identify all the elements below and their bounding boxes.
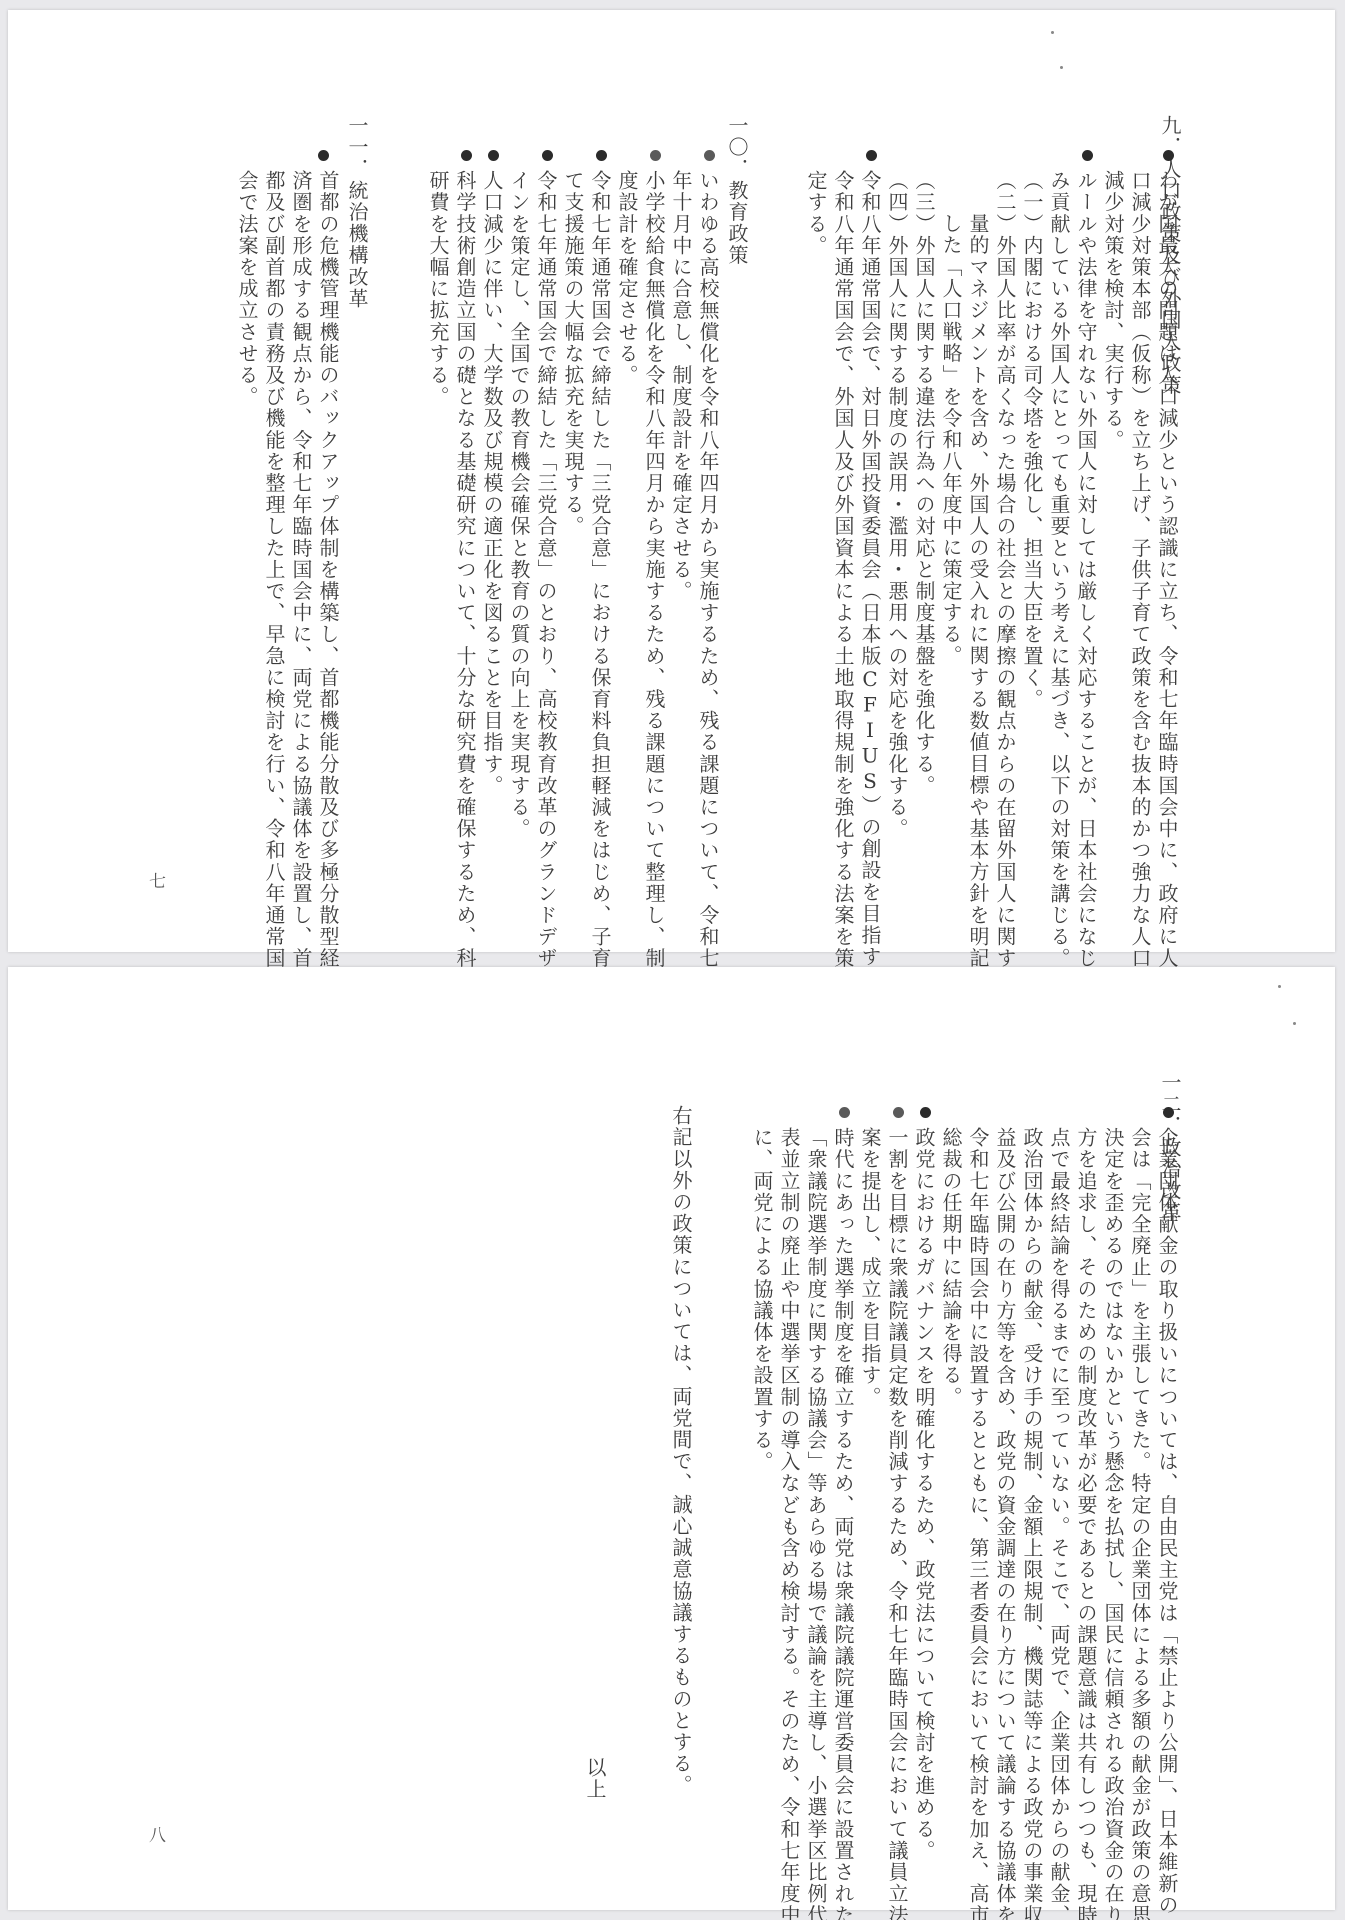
closing-mark: 以上	[583, 1757, 607, 1800]
text-line: 度設計を確定させる。	[615, 170, 639, 386]
bullet-icon	[704, 150, 715, 161]
text-line: 人口減少に伴い、大学数及び規模の適正化を図ることを目指す。	[480, 170, 504, 796]
text-line: 令和七年臨時国会中に設置するとともに、第三者委員会において検討を加え、高市	[966, 1127, 990, 1920]
text-line: 表並立制の廃止や中選挙区制の導入なども含め検討する。そのため、令和七年度中	[777, 1127, 801, 1920]
text-line: 済圏を形成する観点から、令和七年臨時国会中に、両党による協議体を設置し、首	[289, 170, 313, 969]
closing-statement: 右記以外の政策については、両党間で、誠心誠意協議するものとする。	[669, 1105, 693, 1796]
scan-speck	[1293, 1022, 1296, 1025]
bullet-icon	[542, 150, 553, 161]
text-line: 令和八年通常国会で、対日外国投資委員会（日本版CFIUS）の創設を目指す。また、	[858, 170, 882, 1054]
text-line: 都及び副首都の責務及び機能を整理した上で、早急に検討を行い、令和八年通常国	[262, 170, 286, 969]
bullet-icon	[893, 1107, 904, 1118]
text-line: ルールや法律を守れない外国人に対しては厳しく対応することが、日本社会になじ	[1074, 170, 1098, 969]
bullet-icon	[1163, 150, 1174, 161]
text-line: 政治団体からの献金、受け手の規制、金額上限規制、機関誌等による政党の事業収	[1020, 1127, 1044, 1920]
page-number: 八	[149, 1821, 166, 1846]
bullet-icon	[839, 1107, 850, 1118]
bullet-icon	[318, 150, 329, 161]
scan-speck	[1278, 985, 1281, 988]
bullet-icon	[1082, 150, 1093, 161]
page-number: 七	[149, 867, 166, 892]
text-line: 案を提出し、成立を目指す。	[858, 1127, 882, 1408]
bullet-icon	[650, 150, 661, 161]
bullet-icon	[461, 150, 472, 161]
text-line: いわゆる高校無償化を令和八年四月から実施するため、残る課題について、令和七	[696, 170, 720, 969]
text-line: 政党におけるガバナンスを明確化するため、政党法について検討を進める。	[912, 1127, 936, 1861]
text-line: インを策定し、全国での教育機会確保と教育の質の向上を実現する。	[507, 170, 531, 840]
document-page-8: 一二．政治改革 企業団体献金の取り扱いについては、自由民主党は「禁止より公開」、…	[8, 967, 1335, 1910]
text-line: 企業団体献金の取り扱いについては、自由民主党は「禁止より公開」、日本維新の	[1155, 1127, 1179, 1916]
text-line: 会は「完全廃止」を主張してきた。特定の企業団体による多額の献金が政策の意思	[1128, 1127, 1152, 1920]
text-line: 会で法案を成立させる。	[235, 170, 259, 408]
bullet-icon	[596, 150, 607, 161]
scan-speck	[1051, 31, 1054, 34]
text-line: 時代にあった選挙制度を確立するため、両党は衆議院議院運営委員会に設置された	[831, 1127, 855, 1920]
text-line: に、両党による協議体を設置する。	[750, 1127, 774, 1473]
text-line: （三）外国人に関する違法行為への対応と制度基盤を強化する。	[912, 170, 936, 796]
text-line: 研費を大幅に拡充する。	[426, 170, 450, 408]
text-line: （四）外国人に関する制度の誤用・濫用・悪用への対応を強化する。	[885, 170, 909, 840]
text-line: 点で最終結論を得るまでに至っていない。そこで、両党で、企業団体からの献金、	[1047, 1127, 1071, 1920]
text-line: て支援施策の大幅な拡充を実現する。	[561, 170, 585, 537]
bullet-icon	[866, 150, 877, 161]
text-line: 一割を目標に衆議院議員定数を削減するため、令和七年臨時国会において議員立法	[885, 1127, 909, 1920]
text-line: 口減少対策本部（仮称）を立ち上げ、子供子育て政策を含む抜本的かつ強力な人口	[1128, 170, 1152, 969]
text-line: 令和七年通常国会で締結した「三党合意」のとおり、高校教育改革のグランドデザ	[534, 170, 558, 969]
text-line: 方を追求し、そのための制度改革が必要であるとの課題意識は共有しつつも、現時	[1074, 1127, 1098, 1920]
text-line: 決定を歪めるのではないかという懸念を払拭し、国民に信頼される政治資金の在り	[1101, 1127, 1125, 1920]
text-line: 小学校給食無償化を令和八年四月から実施するため、残る課題について整理し、制	[642, 170, 666, 969]
text-line: 定する。	[804, 170, 828, 256]
text-line: 量的マネジメントを含め、外国人の受入れに関する数値目標や基本方針を明記	[966, 213, 990, 969]
scan-speck	[1060, 66, 1063, 69]
text-line: 益及び公開の在り方等を含め、政党の資金調達の在り方について議論する協議体を	[993, 1127, 1017, 1920]
text-line: 首都の危機管理機能のバックアップ体制を構築し、首都機能分散及び多極分散型経	[316, 170, 340, 969]
document-page-7: 九．人口政策及び外国人政策 わが国最大の問題は人口減少という認識に立ち、令和七年…	[8, 10, 1335, 952]
text-line: （二）外国人比率が高くなった場合の社会との摩擦の観点からの在留外国人に関する	[993, 170, 1017, 991]
text-line: 科学技術創造立国の礎となる基礎研究について、十分な研究費を確保するため、科	[453, 170, 477, 969]
text-line: 総裁の任期中に結論を得る。	[939, 1127, 963, 1408]
text-line: 年十月中に合意し、制度設計を確定させる。	[669, 170, 693, 602]
text-line: 令和八年通常国会で、外国人及び外国資本による土地取得規制を強化する法案を策	[831, 170, 855, 969]
section-heading-11: 一一．統治機構改革	[345, 115, 369, 309]
text-line: （一）内閣における司令塔を強化し、担当大臣を置く。	[1020, 170, 1044, 710]
text-line: 令和七年通常国会で締結した「三党合意」における保育料負担軽減をはじめ、子育	[588, 170, 612, 969]
text-line: した「人口戦略」を令和八年度中に策定する。	[939, 213, 963, 667]
bullet-icon	[488, 150, 499, 161]
text-line: わが国最大の問題は人口減少という認識に立ち、令和七年臨時国会中に、政府に人	[1155, 170, 1179, 969]
bullet-icon	[920, 1107, 931, 1118]
text-line: み貢献している外国人にとっても重要という考えに基づき、以下の対策を講じる。	[1047, 170, 1071, 969]
bullet-icon	[1163, 1107, 1174, 1118]
section-heading-10: 一〇．教育政策	[725, 115, 749, 266]
text-line: 減少対策を検討、実行する。	[1101, 170, 1125, 451]
text-line: 「衆議院選挙制度に関する協議会」等あらゆる場で議論を主導し、小選挙区比例代	[804, 1127, 828, 1920]
